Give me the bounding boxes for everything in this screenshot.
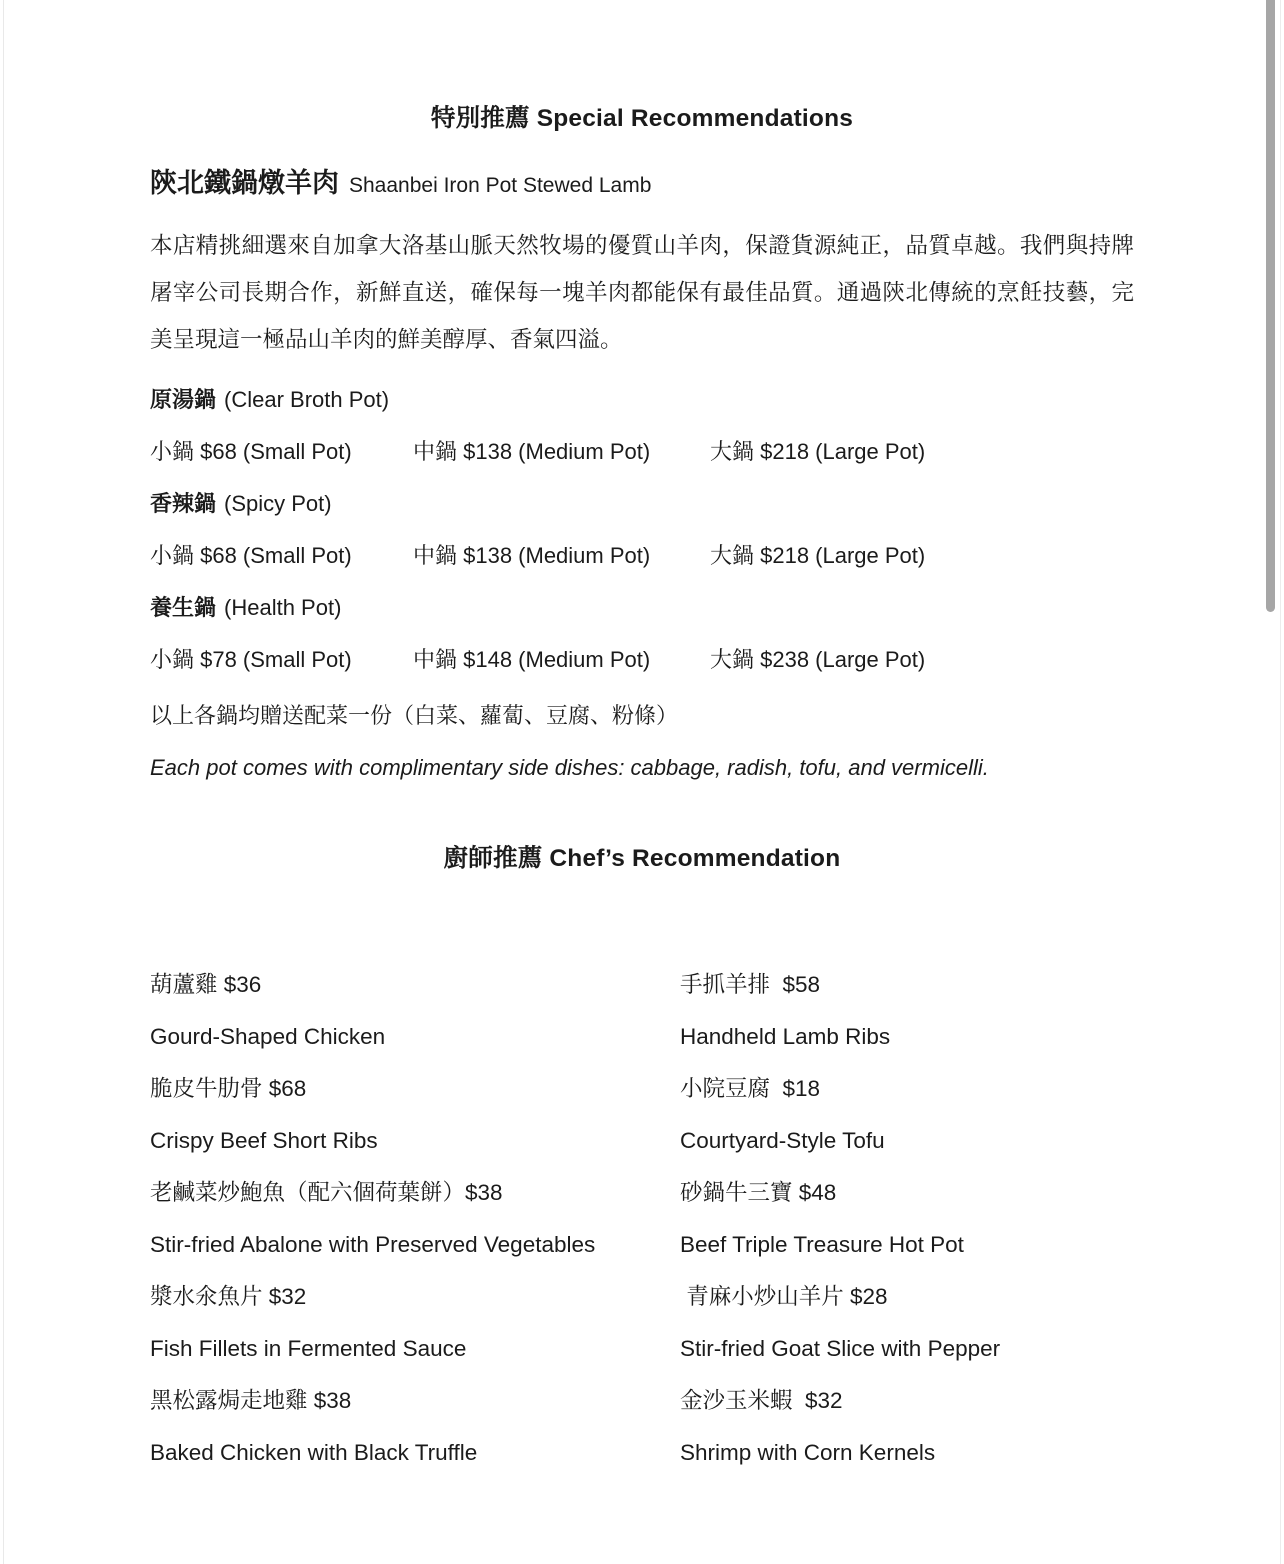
side-dish-note-en: Each pot comes with complimentary side d… [150, 753, 1134, 783]
price-row-health: 小鍋 $78 (Small Pot) 中鍋 $148 (Medium Pot) … [150, 645, 1134, 675]
dish-heading: 陝北鐵鍋燉羊肉Shaanbei Iron Pot Stewed Lamb [150, 165, 1134, 206]
item-name-zh: 葫蘆雞 $36 [150, 959, 680, 1011]
page-border-right [1280, 0, 1281, 1564]
menu-item: 脆皮牛肋骨 $68 Crispy Beef Short Ribs [150, 1063, 680, 1167]
item-name-en: Shrimp with Corn Kernels [680, 1427, 1134, 1479]
pot-name-en: (Clear Broth Pot) [224, 387, 389, 412]
menu-item: 老鹹菜炒鮑魚（配六個荷葉餅）$38 Stir-fried Abalone wit… [150, 1167, 680, 1271]
item-name-en: Stir-fried Abalone with Preserved Vegeta… [150, 1219, 680, 1271]
menu-item: 葫蘆雞 $36 Gourd-Shaped Chicken [150, 959, 680, 1063]
menu-item: 漿水氽魚片 $32 Fish Fillets in Fermented Sauc… [150, 1271, 680, 1375]
price-row-clear-broth: 小鍋 $68 (Small Pot) 中鍋 $138 (Medium Pot) … [150, 437, 1134, 467]
dish-description: 本店精挑細選來自加拿大洛基山脈天然牧場的優質山羊肉，保證貨源純正，品質卓越。我們… [150, 222, 1134, 363]
price-small: 小鍋 $78 (Small Pot) [150, 645, 413, 675]
chef-column-right: 手抓羊排 $58 Handheld Lamb Ribs 小院豆腐 $18 Cou… [680, 959, 1134, 1479]
price-large: 大鍋 $218 (Large Pot) [710, 541, 925, 571]
menu-item: 砂鍋牛三寶 $48 Beef Triple Treasure Hot Pot [680, 1167, 1134, 1271]
item-name-zh: 金沙玉米蝦 $32 [680, 1375, 1134, 1427]
vertical-scrollbar-thumb[interactable] [1266, 0, 1275, 612]
menu-page: 特別推薦 Special Recommendations 陝北鐵鍋燉羊肉Shaa… [0, 0, 1284, 1479]
item-name-zh: 脆皮牛肋骨 $68 [150, 1063, 680, 1115]
price-small: 小鍋 $68 (Small Pot) [150, 541, 413, 571]
item-name-zh: 黑松露焗走地雞 $38 [150, 1375, 680, 1427]
pot-name-en: (Health Pot) [224, 595, 341, 620]
special-section-title: 特別推薦 Special Recommendations [150, 103, 1134, 135]
menu-item: 手抓羊排 $58 Handheld Lamb Ribs [680, 959, 1134, 1063]
item-name-zh: 漿水氽魚片 $32 [150, 1271, 680, 1323]
page-border-left [3, 0, 4, 1564]
dish-name-zh: 陝北鐵鍋燉羊肉 [150, 168, 339, 198]
price-medium: 中鍋 $148 (Medium Pot) [413, 645, 710, 675]
item-name-en: Baked Chicken with Black Truffle [150, 1427, 680, 1479]
item-name-zh: 手抓羊排 $58 [680, 959, 1134, 1011]
item-name-zh: 老鹹菜炒鮑魚（配六個荷葉餅）$38 [150, 1167, 680, 1219]
item-name-zh: 小院豆腐 $18 [680, 1063, 1134, 1115]
chef-items-grid: 葫蘆雞 $36 Gourd-Shaped Chicken 脆皮牛肋骨 $68 C… [150, 959, 1134, 1479]
price-row-spicy: 小鍋 $68 (Small Pot) 中鍋 $138 (Medium Pot) … [150, 541, 1134, 571]
item-name-en: Courtyard-Style Tofu [680, 1115, 1134, 1167]
item-name-en: Fish Fillets in Fermented Sauce [150, 1323, 680, 1375]
item-name-en: Beef Triple Treasure Hot Pot [680, 1219, 1134, 1271]
side-dish-note-zh: 以上各鍋均贈送配菜一份（白菜、蘿蔔、豆腐、粉條） [150, 701, 1134, 731]
pot-name-zh: 養生鍋 [150, 595, 216, 620]
item-name-en: Handheld Lamb Ribs [680, 1011, 1134, 1063]
price-large: 大鍋 $218 (Large Pot) [710, 437, 925, 467]
pot-name-health: 養生鍋(Health Pot) [150, 593, 1134, 623]
item-name-en: Stir-fried Goat Slice with Pepper [680, 1323, 1134, 1375]
dish-name-en: Shaanbei Iron Pot Stewed Lamb [349, 174, 651, 197]
item-name-en: Crispy Beef Short Ribs [150, 1115, 680, 1167]
pot-name-spicy: 香辣鍋(Spicy Pot) [150, 489, 1134, 519]
menu-item: 青麻小炒山羊片 $28 Stir-fried Goat Slice with P… [680, 1271, 1134, 1375]
menu-item: 金沙玉米蝦 $32 Shrimp with Corn Kernels [680, 1375, 1134, 1479]
price-large: 大鍋 $238 (Large Pot) [710, 645, 925, 675]
price-medium: 中鍋 $138 (Medium Pot) [413, 437, 710, 467]
pot-name-en: (Spicy Pot) [224, 491, 332, 516]
price-small: 小鍋 $68 (Small Pot) [150, 437, 413, 467]
menu-item: 黑松露焗走地雞 $38 Baked Chicken with Black Tru… [150, 1375, 680, 1479]
pot-name-zh: 原湯鍋 [150, 387, 216, 412]
menu-item: 小院豆腐 $18 Courtyard-Style Tofu [680, 1063, 1134, 1167]
pot-name-clear-broth: 原湯鍋(Clear Broth Pot) [150, 385, 1134, 415]
chef-column-left: 葫蘆雞 $36 Gourd-Shaped Chicken 脆皮牛肋骨 $68 C… [150, 959, 680, 1479]
item-name-zh: 青麻小炒山羊片 $28 [680, 1271, 1134, 1323]
pot-name-zh: 香辣鍋 [150, 491, 216, 516]
item-name-en: Gourd-Shaped Chicken [150, 1011, 680, 1063]
price-medium: 中鍋 $138 (Medium Pot) [413, 541, 710, 571]
chef-section-title: 廚師推薦 Chef’s Recommendation [150, 843, 1134, 875]
item-name-zh: 砂鍋牛三寶 $48 [680, 1167, 1134, 1219]
